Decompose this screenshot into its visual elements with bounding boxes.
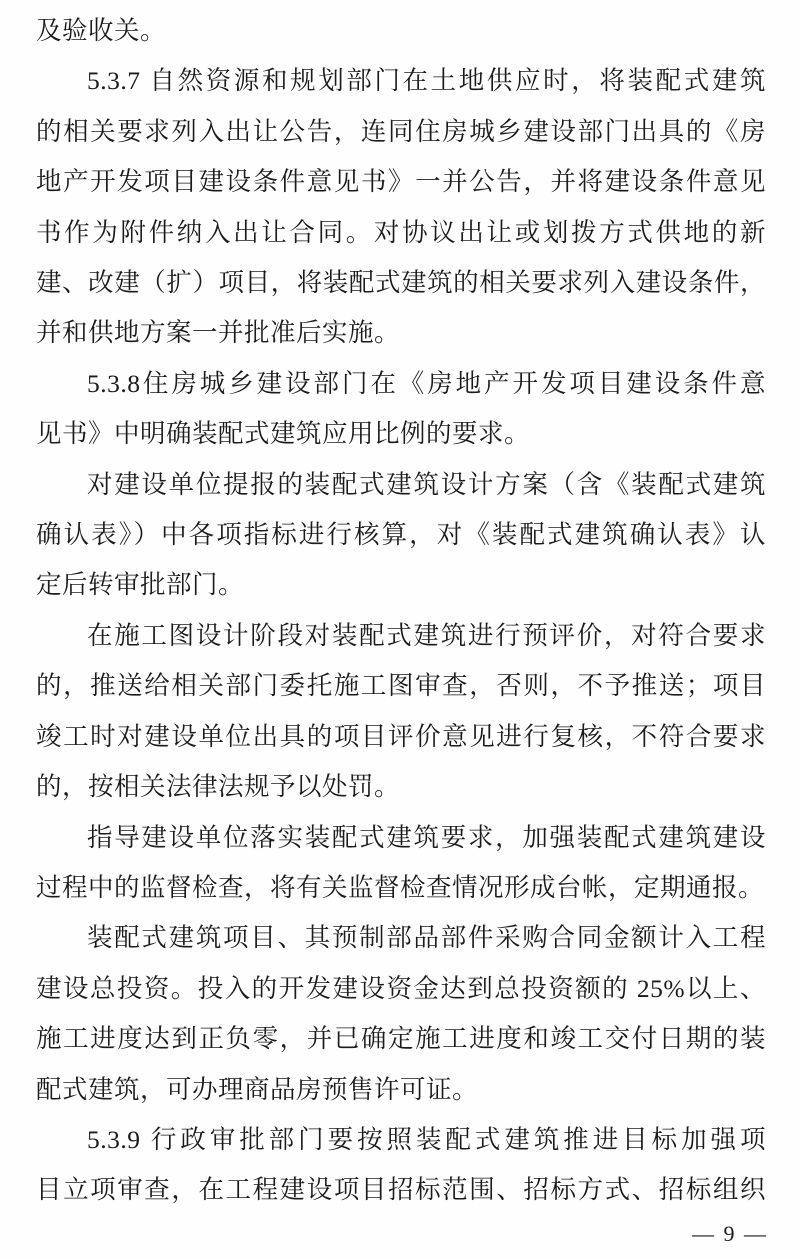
text-line: 见书》中明确装配式建筑应用比例的要求。 — [36, 409, 766, 459]
page-number: — 9 — — [692, 1221, 768, 1247]
text-line: 建、改建（扩）项目，将装配式建筑的相关要求列入建设条件， — [36, 258, 766, 308]
text-line: 指导建设单位落实装配式建筑要求，加强装配式建筑建设 — [36, 813, 766, 863]
document-page: 及验收关。5.3.7 自然资源和规划部门在土地供应时，将装配式建筑的相关要求列入… — [0, 0, 800, 1259]
text-line: 定后转审批部门。 — [36, 560, 766, 610]
text-line: 装配式建筑项目、其预制部品部件采购合同金额计入工程 — [36, 913, 766, 963]
text-line: 的，按相关法律法规予以处罚。 — [36, 762, 766, 812]
text-line: 竣工时对建设单位出具的项目评价意见进行复核，不符合要求 — [36, 712, 766, 762]
text-line: 并和供地方案一并批准后实施。 — [36, 308, 766, 358]
text-line: 过程中的监督检查，将有关监督检查情况形成台帐，定期通报。 — [36, 863, 766, 913]
text-line: 对建设单位提报的装配式建筑设计方案（含《装配式建筑 — [36, 460, 766, 510]
text-line: 配式建筑，可办理商品房预售许可证。 — [36, 1065, 766, 1115]
text-line: 的相关要求列入出让公告，连同住房城乡建设部门出具的《房 — [36, 107, 766, 157]
text-line: 书作为附件纳入出让合同。对协议出让或划拨方式供地的新 — [36, 208, 766, 258]
text-line: 施工进度达到正负零，并已确定施工进度和竣工交付日期的装 — [36, 1014, 766, 1064]
body-text: 及验收关。5.3.7 自然资源和规划部门在土地供应时，将装配式建筑的相关要求列入… — [36, 6, 766, 1216]
text-line: 的，推送给相关部门委托施工图审查，否则，不予推送；项目 — [36, 661, 766, 711]
text-line: 5.3.8住房城乡建设部门在《房地产开发项目建设条件意 — [36, 359, 766, 409]
text-line: 及验收关。 — [36, 6, 766, 56]
text-line: 确认表》）中各项指标进行核算，对《装配式建筑确认表》认 — [36, 510, 766, 560]
text-line: 地产开发项目建设条件意见书》一并公告，并将建设条件意见 — [36, 157, 766, 207]
text-line: 5.3.7 自然资源和规划部门在土地供应时，将装配式建筑 — [36, 56, 766, 106]
text-line: 在施工图设计阶段对装配式建筑进行预评价，对符合要求 — [36, 611, 766, 661]
text-line: 目立项审查，在工程建设项目招标范围、招标方式、招标组织 — [36, 1165, 766, 1215]
text-line: 5.3.9 行政审批部门要按照装配式建筑推进目标加强项 — [36, 1115, 766, 1165]
text-line: 建设总投资。投入的开发建设资金达到总投资额的 25%以上、 — [36, 964, 766, 1014]
